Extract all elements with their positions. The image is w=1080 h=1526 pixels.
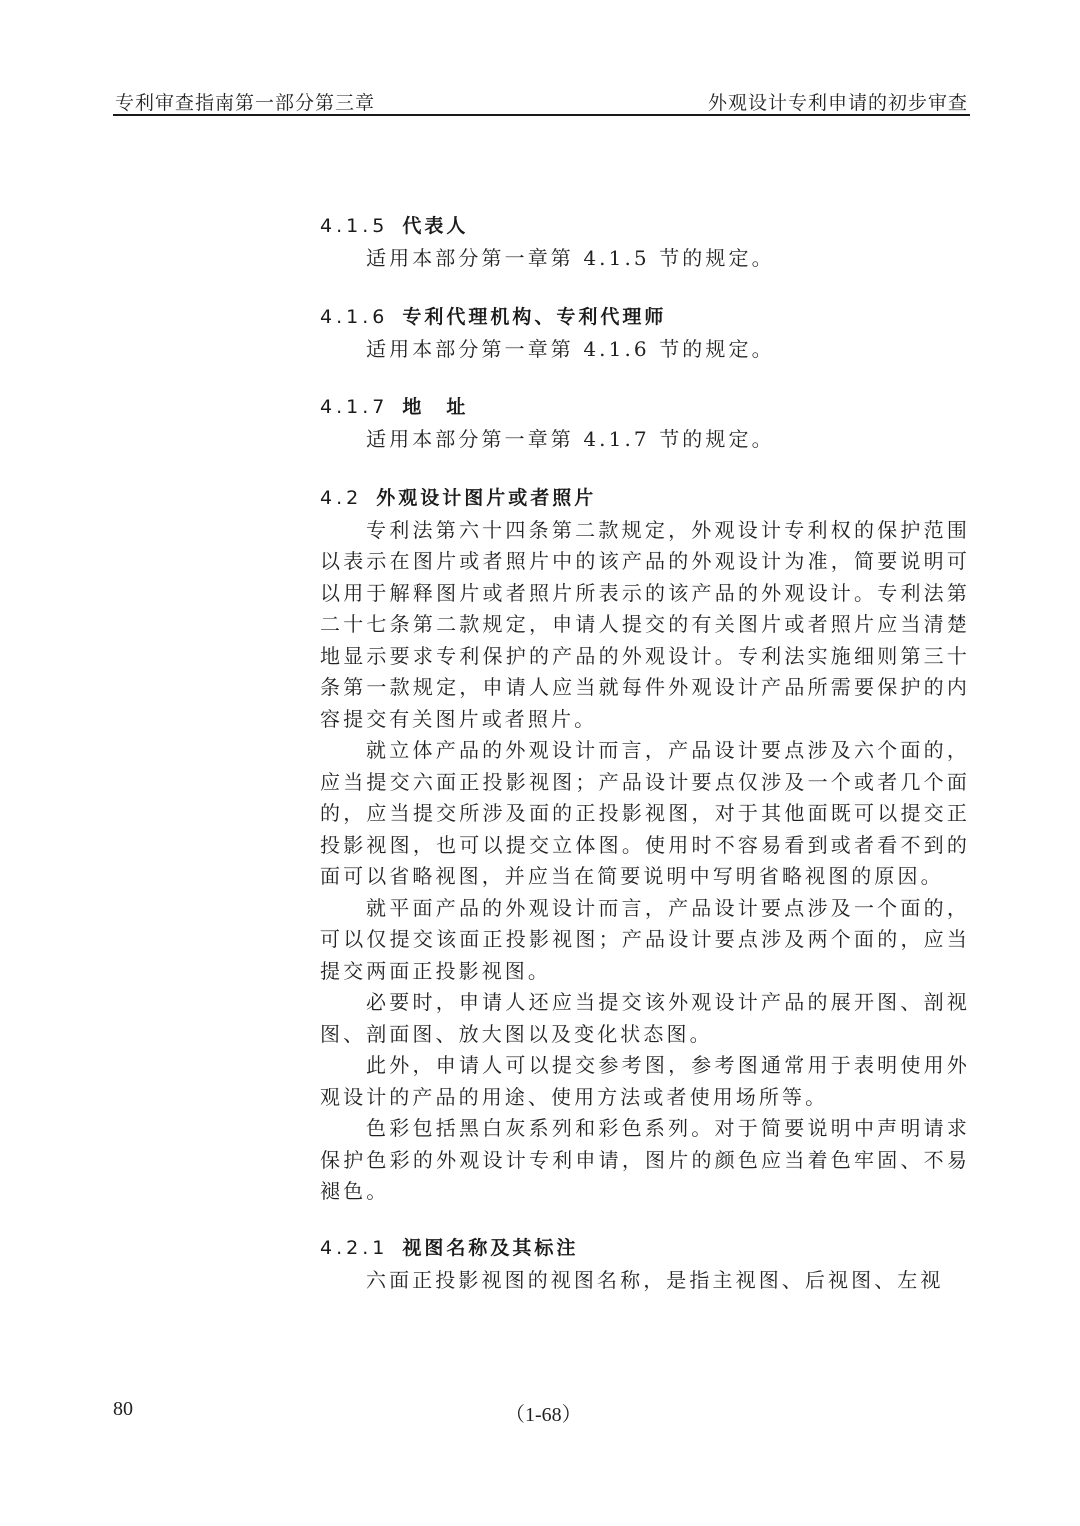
section-page-reference: （1-68） bbox=[505, 1398, 582, 1427]
section-title: 专利代理机构、专利代理师 bbox=[402, 306, 666, 328]
paragraph: 就立体产品的外观设计而言，产品设计要点涉及六个面的，应当提交六面正投影视图；产品… bbox=[320, 735, 970, 893]
section-number: 4.2.1 bbox=[320, 1232, 388, 1265]
section-heading-4-1-7: 4.1.7地 址 bbox=[320, 391, 970, 424]
section-number: 4.1.7 bbox=[320, 391, 388, 424]
paragraph: 必要时，申请人还应当提交该外观设计产品的展开图、剖视图、剖面图、放大图以及变化状… bbox=[320, 987, 970, 1050]
paragraph: 此外，申请人可以提交参考图，参考图通常用于表明使用外观设计的产品的用途、使用方法… bbox=[320, 1050, 970, 1113]
section-heading-4-2: 4.2外观设计图片或者照片 bbox=[320, 482, 970, 515]
running-header: 专利审查指南第一部分第三章 外观设计专利申请的初步审查 bbox=[113, 84, 970, 116]
section-heading-4-1-6: 4.1.6专利代理机构、专利代理师 bbox=[320, 301, 970, 334]
page-number: 80 bbox=[113, 1398, 133, 1421]
section-heading-4-2-1: 4.2.1视图名称及其标注 bbox=[320, 1232, 970, 1265]
page-body: 4.1.5代表人 适用本部分第一章第 4.1.5 节的规定。 4.1.6专利代理… bbox=[320, 210, 970, 1296]
section-number: 4.1.6 bbox=[320, 301, 388, 334]
section-title: 外观设计图片或者照片 bbox=[376, 487, 596, 509]
section-title: 视图名称及其标注 bbox=[402, 1237, 578, 1259]
section-title: 代表人 bbox=[402, 215, 468, 237]
header-chapter-title: 专利审查指南第一部分第三章 bbox=[115, 88, 375, 115]
paragraph: 六面正投影视图的视图名称，是指主视图、后视图、左视 bbox=[320, 1265, 970, 1297]
paragraph: 色彩包括黑白灰系列和彩色系列。对于简要说明中声明请求保护色彩的外观设计专利申请，… bbox=[320, 1113, 970, 1208]
section-heading-4-1-5: 4.1.5代表人 bbox=[320, 210, 970, 243]
paragraph: 适用本部分第一章第 4.1.7 节的规定。 bbox=[320, 424, 970, 456]
paragraph: 适用本部分第一章第 4.1.6 节的规定。 bbox=[320, 334, 970, 366]
paragraph: 专利法第六十四条第二款规定，外观设计专利权的保护范围以表示在图片或者照片中的该产… bbox=[320, 515, 970, 736]
paragraph: 就平面产品的外观设计而言，产品设计要点涉及一个面的，可以仅提交该面正投影视图；产… bbox=[320, 893, 970, 988]
section-number: 4.2 bbox=[320, 482, 362, 515]
section-number: 4.1.5 bbox=[320, 210, 388, 243]
paragraph: 适用本部分第一章第 4.1.5 节的规定。 bbox=[320, 243, 970, 275]
section-title: 地 址 bbox=[402, 396, 468, 418]
header-section-title: 外观设计专利申请的初步审查 bbox=[708, 88, 968, 115]
